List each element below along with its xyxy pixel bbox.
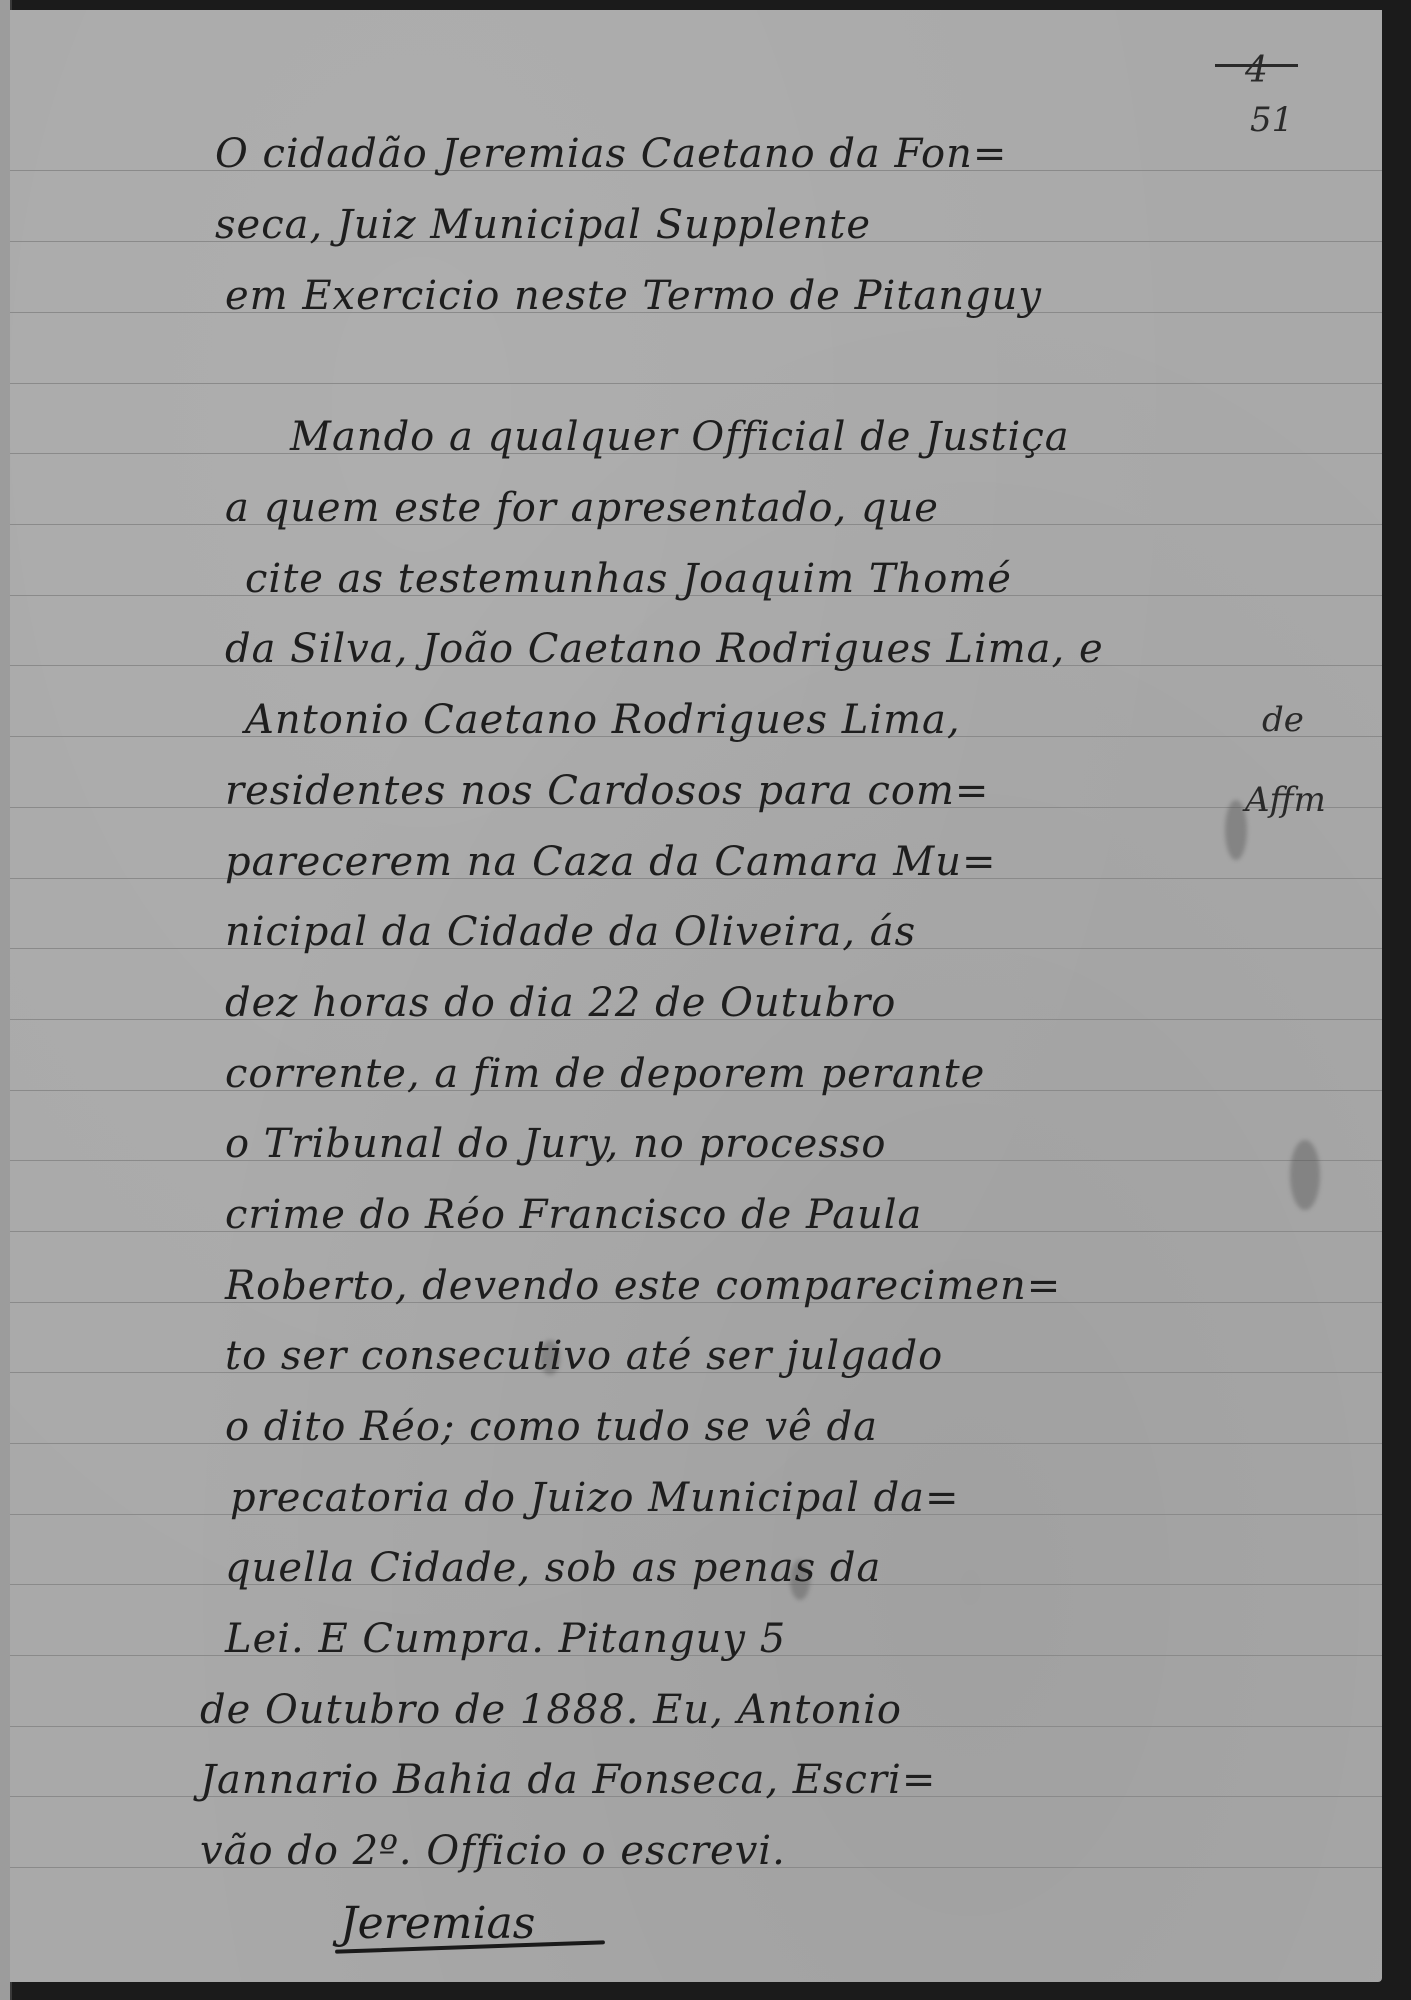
text-line: dez horas do dia 22 de Outubro — [225, 983, 896, 1023]
margin-note: Affm — [1245, 780, 1326, 820]
text-line: o dito Réo; como tudo se vê da — [225, 1407, 878, 1447]
ruled-line — [10, 383, 1382, 384]
text-line: a quem este for apresentado, que — [225, 488, 939, 528]
folio-number: 51 — [1250, 100, 1293, 140]
text-line: parecerem na Caza da Camara Mu= — [225, 842, 997, 882]
text-line: vão do 2º. Officio o escrevi. — [200, 1831, 786, 1871]
text-line: crime do Réo Francisco de Paula — [225, 1195, 922, 1235]
signature: Jeremias — [340, 1898, 535, 1949]
text-line: Antonio Caetano Rodrigues Lima, — [245, 700, 961, 740]
ink-stain — [1225, 800, 1247, 860]
text-line: o Tribunal do Jury, no processo — [225, 1124, 887, 1164]
text-line: Roberto, devendo este comparecimen= — [225, 1266, 1061, 1306]
text-line: Lei. E Cumpra. Pitanguy 5 — [225, 1619, 786, 1659]
text-line: de Outubro de 1888. Eu, Antonio — [200, 1690, 902, 1730]
text-line: Mando a qualquer Official de Justiça — [290, 417, 1070, 457]
text-line: seca, Juiz Municipal Supplente — [215, 205, 871, 245]
folio-number-struck: 4 — [1245, 50, 1268, 91]
text-line: nicipal da Cidade da Oliveira, ás — [225, 912, 916, 952]
text-line: precatoria do Juizo Municipal da= — [230, 1478, 960, 1518]
text-line: to ser consecutivo até ser julgado — [225, 1336, 943, 1376]
text-line: O cidadão Jeremias Caetano da Fon= — [215, 134, 1007, 174]
text-line: corrente, a fim de deporem perante — [225, 1054, 985, 1094]
ink-stain — [1290, 1140, 1320, 1210]
text-line: residentes nos Cardosos para com= — [225, 771, 989, 811]
text-line: em Exercicio neste Termo de Pitanguy — [225, 276, 1042, 316]
text-line: quella Cidade, sob as penas da — [225, 1548, 881, 1588]
text-line: Jannario Bahia da Fonseca, Escri= — [200, 1760, 936, 1800]
text-line: cite as testemunhas Joaquim Thomé — [245, 559, 1012, 599]
text-line: da Silva, João Caetano Rodrigues Lima, e — [225, 629, 1104, 669]
margin-note: de — [1262, 700, 1304, 740]
